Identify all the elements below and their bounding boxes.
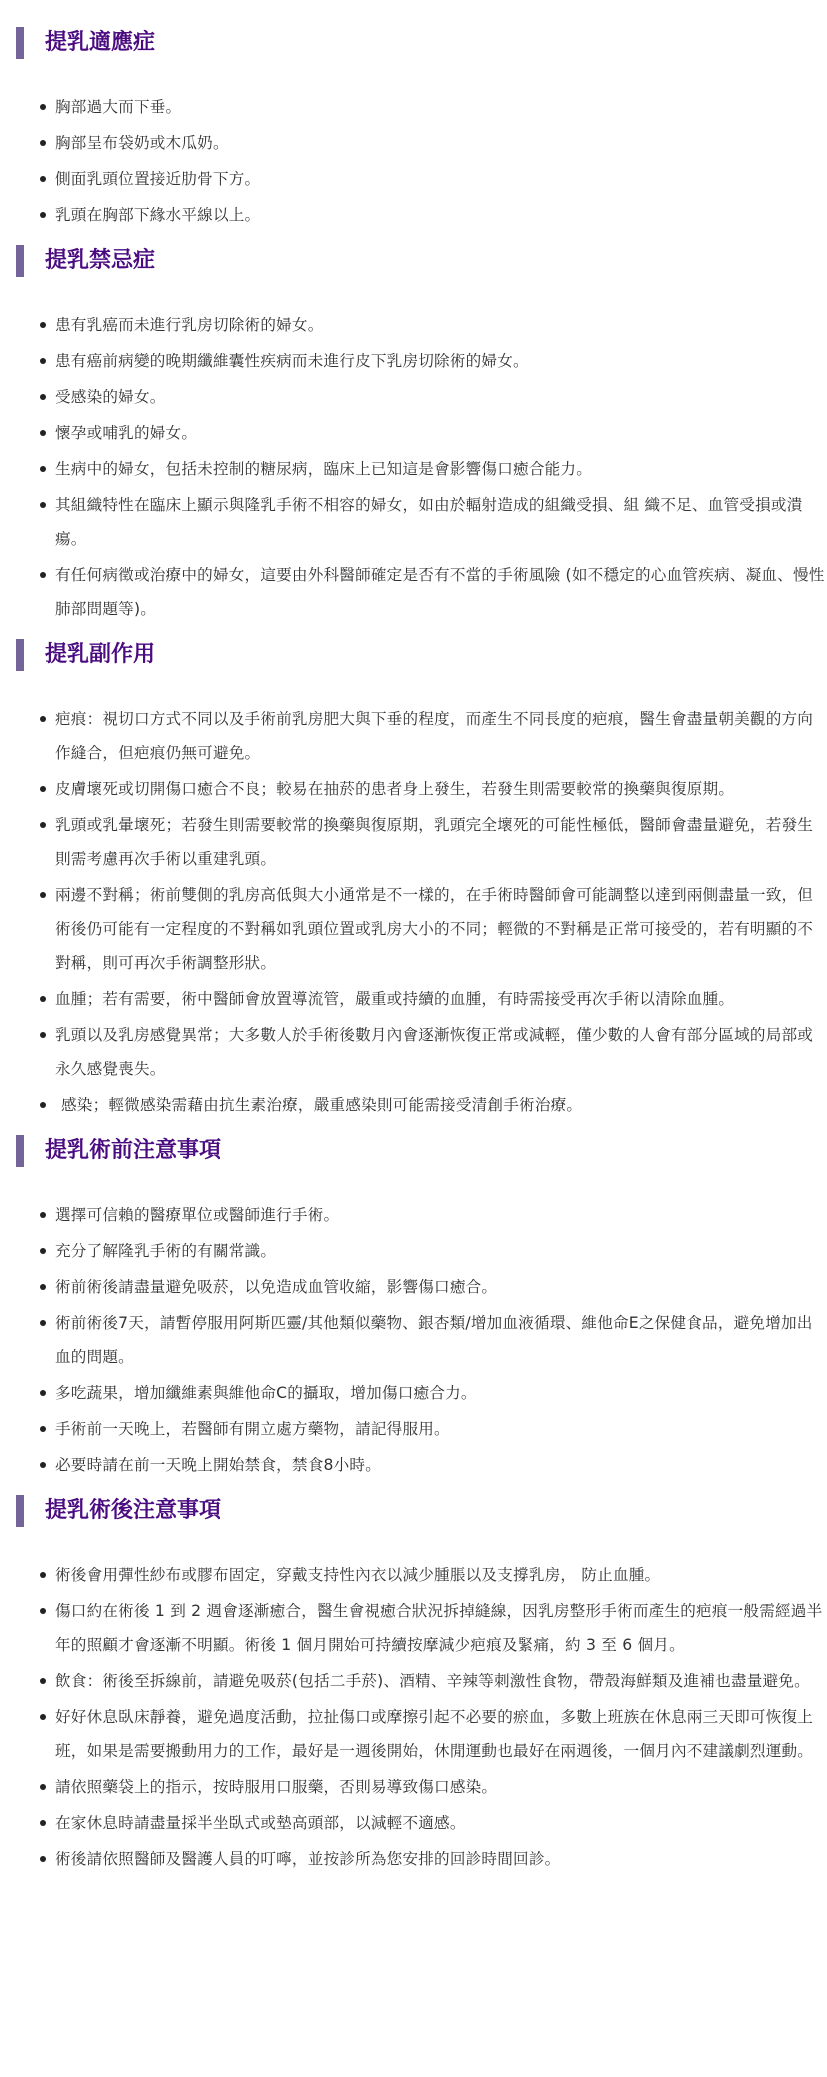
- list-item: 胸部呈布袋奶或木瓜奶。: [55, 126, 825, 160]
- bullet-icon: [40, 104, 46, 110]
- list-item: 懷孕或哺乳的婦女。: [55, 416, 825, 450]
- bullet-icon: [40, 1714, 46, 1720]
- contraindications-list: 患有乳癌而未進行乳房切除術的婦女。 患有癌前病變的晚期纖維囊性疾病而未進行皮下乳…: [0, 308, 825, 626]
- list-item: 受感染的婦女。: [55, 380, 825, 414]
- bullet-icon: [40, 1462, 46, 1468]
- section-heading-indications: 提乳適應症: [16, 27, 827, 59]
- heading-title: 提乳副作用: [45, 642, 155, 667]
- bullet-icon: [40, 1248, 46, 1254]
- bullet-icon: [40, 358, 46, 364]
- bullet-icon: [40, 430, 46, 436]
- list-item: 患有乳癌而未進行乳房切除術的婦女。: [55, 308, 825, 342]
- bullet-icon: [40, 996, 46, 1002]
- list-item: 飲食：術後至拆線前，請避免吸菸(包括二手菸)、酒精、辛辣等刺激性食物，帶殼海鮮類…: [55, 1664, 825, 1698]
- bullet-icon: [40, 1390, 46, 1396]
- bullet-icon: [40, 1212, 46, 1218]
- bullet-icon: [40, 716, 46, 722]
- list-item: 兩邊不對稱；術前雙側的乳房高低與大小通常是不一樣的，在手術時醫師會可能調整以達到…: [55, 878, 825, 980]
- bullet-icon: [40, 1678, 46, 1684]
- list-item: 生病中的婦女，包括未控制的糖尿病，臨床上已知這是會影響傷口癒合能力。: [55, 452, 825, 486]
- bullet-icon: [40, 572, 46, 578]
- list-item: 術後會用彈性紗布或膠布固定，穿戴支持性內衣以減少腫脹以及支撐乳房， 防止血腫。: [55, 1558, 825, 1592]
- bullet-icon: [40, 394, 46, 400]
- bullet-icon: [40, 1284, 46, 1290]
- list-item: 乳頭以及乳房感覺異常；大多數人於手術後數月內會逐漸恢復正常或減輕，僅少數的人會有…: [55, 1018, 825, 1086]
- bullet-icon: [40, 1856, 46, 1862]
- bullet-icon: [40, 140, 46, 146]
- section-heading-side-effects: 提乳副作用: [16, 639, 827, 671]
- section-heading-postop-notes: 提乳術後注意事項: [16, 1495, 827, 1527]
- bullet-icon: [40, 1102, 46, 1108]
- bullet-icon: [40, 822, 46, 828]
- postop-notes-list: 術後會用彈性紗布或膠布固定，穿戴支持性內衣以減少腫脹以及支撐乳房， 防止血腫。 …: [0, 1558, 825, 1876]
- list-item: 選擇可信賴的醫療單位或醫師進行手術。: [55, 1198, 825, 1232]
- list-item: 血腫；若有需要，術中醫師會放置導流管，嚴重或持續的血腫，有時需接受再次手術以清除…: [55, 982, 825, 1016]
- list-item: 感染；輕微感染需藉由抗生素治療，嚴重感染則可能需接受清創手術治療。: [55, 1088, 825, 1122]
- heading-accent-bar: [16, 1495, 24, 1527]
- bullet-icon: [40, 176, 46, 182]
- bullet-icon: [40, 892, 46, 898]
- list-item: 其組織特性在臨床上顯示與隆乳手術不相容的婦女，如由於輻射造成的組織受損、組 織不…: [55, 488, 825, 556]
- heading-title: 提乳術前注意事項: [45, 1138, 221, 1163]
- list-item: 必要時請在前一天晚上開始禁食，禁食8小時。: [55, 1448, 825, 1482]
- bullet-icon: [40, 212, 46, 218]
- list-item: 患有癌前病變的晚期纖維囊性疾病而未進行皮下乳房切除術的婦女。: [55, 344, 825, 378]
- list-item: 乳頭在胸部下緣水平線以上。: [55, 198, 825, 232]
- list-item: 手術前一天晚上，若醫師有開立處方藥物，請記得服用。: [55, 1412, 825, 1446]
- heading-title: 提乳術後注意事項: [45, 1498, 221, 1523]
- bullet-icon: [40, 322, 46, 328]
- heading-accent-bar: [16, 1135, 24, 1167]
- list-item: 乳頭或乳暈壞死；若發生則需要較常的換藥與復原期，乳頭完全壞死的可能性極低，醫師會…: [55, 808, 825, 876]
- list-item: 術後請依照醫師及醫護人員的叮嚀，並按診所為您安排的回診時間回診。: [55, 1842, 825, 1876]
- section-heading-contraindications: 提乳禁忌症: [16, 245, 827, 277]
- side-effects-list: 疤痕：視切口方式不同以及手術前乳房肥大與下垂的程度，而產生不同長度的疤痕，醫生會…: [0, 702, 825, 1122]
- list-item: 術前術後請盡量避免吸菸，以免造成血管收縮，影響傷口癒合。: [55, 1270, 825, 1304]
- list-item: 疤痕：視切口方式不同以及手術前乳房肥大與下垂的程度，而產生不同長度的疤痕，醫生會…: [55, 702, 825, 770]
- bullet-icon: [40, 1426, 46, 1432]
- bullet-icon: [40, 502, 46, 508]
- bullet-icon: [40, 1572, 46, 1578]
- bullet-icon: [40, 1820, 46, 1826]
- list-item: 有任何病徵或治療中的婦女，這要由外科醫師確定是否有不當的手術風險 (如不穩定的心…: [55, 558, 825, 626]
- list-item: 請依照藥袋上的指示，按時服用口服藥，否則易導致傷口感染。: [55, 1770, 825, 1804]
- list-item: 好好休息臥床靜養，避免過度活動，拉扯傷口或摩擦引起不必要的瘀血，多數上班族在休息…: [55, 1700, 825, 1768]
- bullet-icon: [40, 786, 46, 792]
- list-item: 傷口約在術後 1 到 2 週會逐漸癒合，醫生會視癒合狀況拆掉縫線，因乳房整形手術…: [55, 1594, 825, 1662]
- heading-title: 提乳適應症: [45, 30, 155, 55]
- list-item: 多吃蔬果，增加纖維素與維他命C的攝取，增加傷口癒合力。: [55, 1376, 825, 1410]
- preop-notes-list: 選擇可信賴的醫療單位或醫師進行手術。 充分了解隆乳手術的有關常識。 術前術後請盡…: [0, 1198, 825, 1482]
- heading-accent-bar: [16, 245, 24, 277]
- heading-accent-bar: [16, 639, 24, 671]
- indications-list: 胸部過大而下垂。 胸部呈布袋奶或木瓜奶。 側面乳頭位置接近肋骨下方。 乳頭在胸部…: [0, 90, 825, 232]
- bullet-icon: [40, 1320, 46, 1326]
- heading-title: 提乳禁忌症: [45, 248, 155, 273]
- list-item: 在家休息時請盡量採半坐臥式或墊高頭部，以減輕不適感。: [55, 1806, 825, 1840]
- heading-accent-bar: [16, 27, 24, 59]
- section-heading-preop-notes: 提乳術前注意事項: [16, 1135, 827, 1167]
- list-item: 胸部過大而下垂。: [55, 90, 825, 124]
- bullet-icon: [40, 1608, 46, 1614]
- bullet-icon: [40, 466, 46, 472]
- bullet-icon: [40, 1784, 46, 1790]
- bullet-icon: [40, 1032, 46, 1038]
- list-item: 側面乳頭位置接近肋骨下方。: [55, 162, 825, 196]
- list-item: 術前術後7天，請暫停服用阿斯匹靈/其他類似藥物、銀杏類/增加血液循環、維他命E之…: [55, 1306, 825, 1374]
- list-item: 皮膚壞死或切開傷口癒合不良；較易在抽菸的患者身上發生，若發生則需要較常的換藥與復…: [55, 772, 825, 806]
- list-item: 充分了解隆乳手術的有關常識。: [55, 1234, 825, 1268]
